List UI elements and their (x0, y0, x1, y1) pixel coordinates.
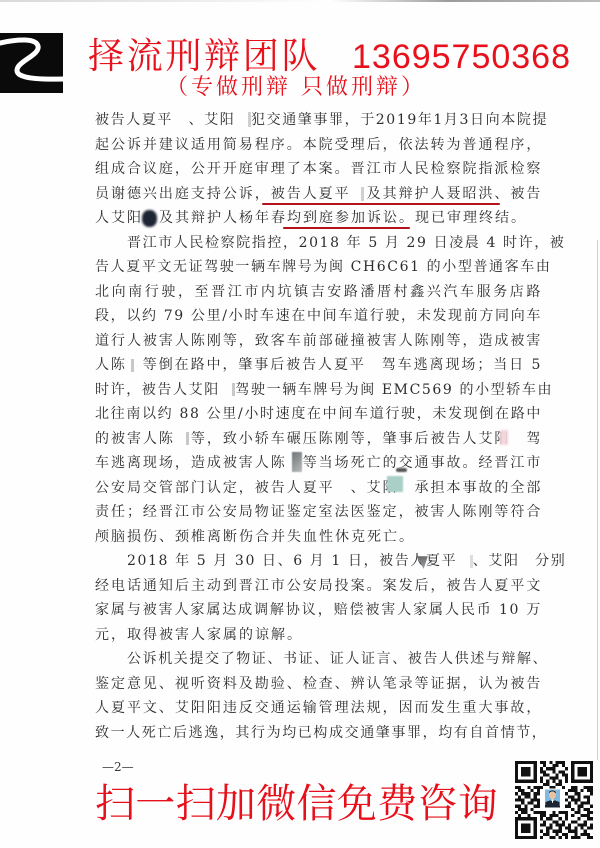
red-underline-attended-court (283, 227, 410, 229)
paragraph-start-line: 晋江市人民检察院指控，2018 年 5 月 29 日凌晨 4 时许，被 (95, 231, 542, 256)
text-line: 人陈 等倒在路中，肇事后被告人夏平 驾车逃离现场；当日 5 (95, 353, 542, 378)
judgment-page-scan: 择流刑辩团队 13695750368 （专做刑辩 只做刑辩） 被告人夏平 、艾阳… (0, 0, 600, 848)
text-line: 北往南以约 88 公里/小时速度在中间车道行驶，未发现倒在路中 (95, 402, 542, 427)
text-line: 人夏平文、艾阳阳违反交通运输管理法规，因而发生重大事故， (95, 696, 542, 721)
zeliu-river-logo-icon (0, 33, 63, 93)
text-line: 起公诉并建议适用简易程序。本院受理后，依法转为普通程序， (95, 133, 542, 158)
paragraph-start-line: 公诉机关提交了物证、书证、证人证言、被告人供述与辩解、 (95, 647, 542, 672)
page-number: —2— (102, 760, 134, 774)
redaction-blur (387, 476, 403, 492)
redaction-mark (470, 555, 473, 568)
text-line: 段，以约 79 公里/小时车速在中间车道行驶，未发现前方同向车 (95, 304, 542, 329)
scan-right-edge (597, 240, 598, 760)
phone-number: 13695750368 (352, 40, 571, 74)
text-line: 北向南行驶，至晋江市内坑镇吉安路潘厝村鑫兴汽车服务店路 (95, 280, 542, 305)
redaction-blur (142, 210, 157, 227)
text-line: 组成合议庭，公开开庭审理了本案。晋江市人民检察院指派检察 (95, 157, 542, 182)
text-line: 家属与被害人家属达成调解协议，赔偿被害人家属人民币 10 万 (95, 598, 542, 623)
redaction-mark (361, 187, 364, 201)
red-underline-defendant-counsel (262, 203, 500, 205)
text-line: 责任；经晋江市公安局物证鉴定室法医鉴定，被害人陈刚等符合 (95, 500, 542, 525)
text-line: 时许，被告人艾阳 驾驶一辆车牌号为闽 EMC569 的小型轿车由 (95, 378, 542, 403)
redaction-blur (292, 452, 302, 472)
text-line: 经电话通知后主动到晋江市公安局投案。案发后，被告人夏平文 (95, 574, 542, 599)
text-line: 颅脑损伤、颈椎离断伤合并失血性休克死亡。 (95, 525, 542, 550)
text-line: 车逃离现场，造成被害人陈 等当场死亡的交通事故。经晋江市 (95, 451, 542, 476)
redaction-blur (396, 468, 407, 472)
text-line: 的被害人陈 等，致小轿车碾压陈刚等，肇事后被告人艾阳 驾 (95, 427, 542, 452)
text-line: 元，取得被害人家属的谅解。 (95, 623, 542, 648)
text-line: 致一人死亡后逃逸，其行为均已构成交通肇事罪，均有自首情节， (95, 721, 542, 746)
paragraph-start-line: 2018 年 5 月 30 日、6 月 1 日，被告人夏平 、艾阳 分别 (95, 549, 542, 574)
scan-top-edge (0, 0, 600, 2)
text-line: 公安局交管部门认定，被告人夏平 、艾阳 承担本事故的全部 (95, 476, 542, 501)
text-line: 告人夏平文无证驾驶一辆车牌号为闽 CH6C61 的小型普通客车由 (95, 255, 542, 280)
text-line: 道行人被害人陈刚等，致客车前部碰撞被害人陈刚等，造成被害 (95, 329, 542, 354)
redaction-mark (232, 383, 235, 396)
redaction-mark (131, 359, 134, 372)
wechat-consult-cta: 扫一扫加微信免费咨询 (95, 783, 498, 825)
text-line: 被告人夏平 、艾阳 犯交通肇事罪，于2019年1月3日向本院提 (95, 108, 542, 133)
team-name: 择流刑辩团队 (88, 39, 320, 75)
wechat-qr-code-icon (515, 761, 593, 839)
text-line: 鉴定意见、视听资料及勘验、检查、辨认笔录等证据，认为被告 (95, 672, 542, 697)
redaction-mark (186, 432, 189, 445)
tagline: （专做刑辩 只做刑辩） (166, 77, 426, 99)
redaction-mark (248, 112, 251, 127)
redaction-blur (500, 430, 508, 445)
